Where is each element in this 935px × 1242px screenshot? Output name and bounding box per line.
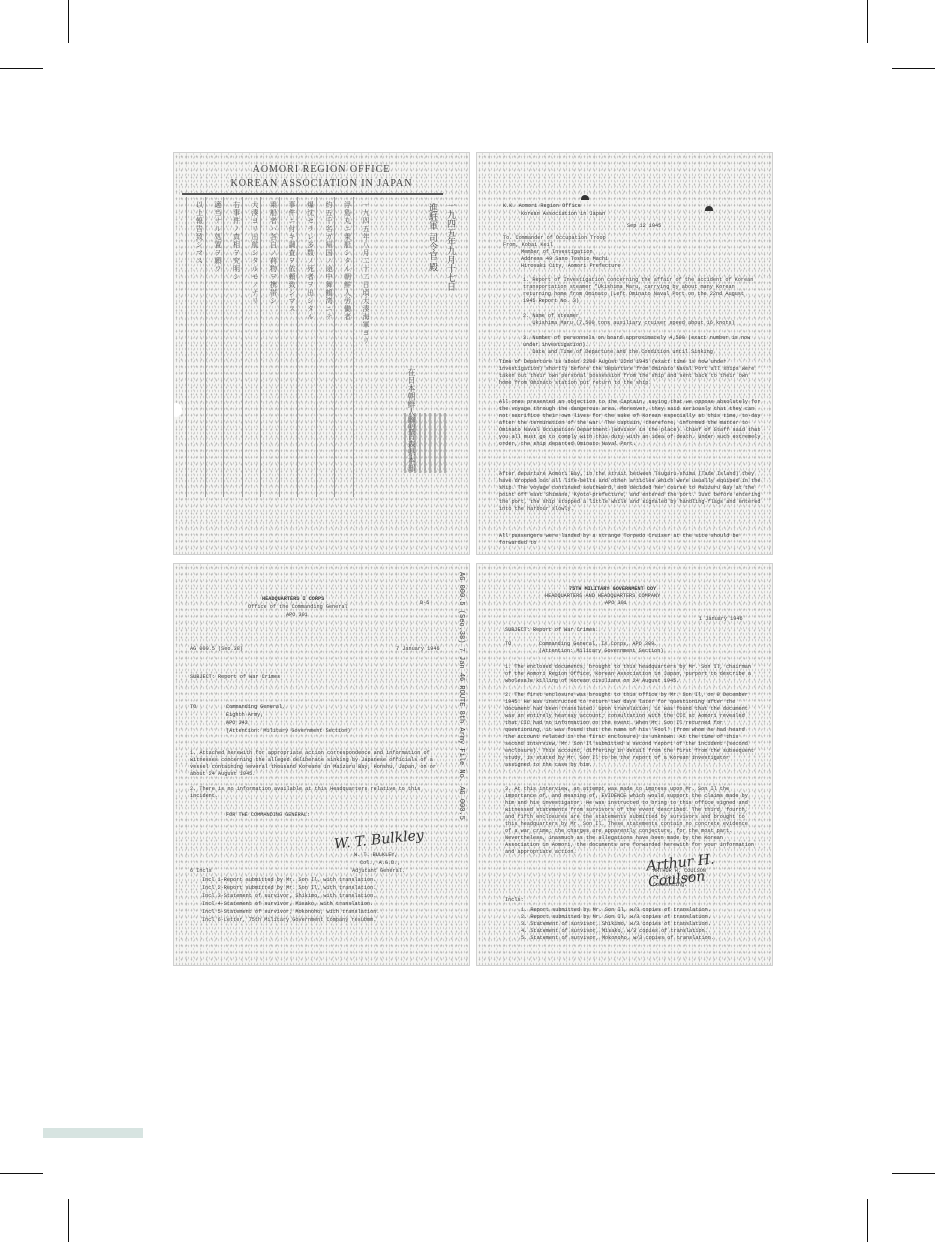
document-date: 1 January 1946 xyxy=(699,616,743,623)
text-column: 約五千名ガ帰国ノ途中舞鶴湾ニテ xyxy=(316,197,335,497)
crop-mark-bottom-right-horizontal xyxy=(892,1173,935,1174)
signer-rank: Lt. Col., CMP, xyxy=(653,875,697,882)
document-date: Sep 12 1945 xyxy=(627,223,661,230)
to-line-1: Commanding General, IX Corps, APO 309. xyxy=(539,641,657,648)
to-line-1: To. Commander of Occupation Troop xyxy=(503,235,606,242)
signer-name: W. T. BULKLEY, xyxy=(354,852,398,859)
header-line-3: APO 301 xyxy=(286,612,308,619)
text-column: 浮島丸ニ乗船シタル朝鮮人労働者 xyxy=(334,197,353,497)
crop-mark-top-right-vertical xyxy=(867,0,868,43)
enclosures-label: 6 Incls xyxy=(190,868,212,875)
document-i-corps-endorsement: HEADQUARTERS I CORPS Office of the Comma… xyxy=(173,563,470,966)
page-footer-bar xyxy=(43,1128,143,1138)
document-date: 7 January 1946 xyxy=(396,646,440,653)
header-line-1: 75TH MILITARY GOVERNMENT COY xyxy=(569,586,656,593)
signer-title: Commanding. xyxy=(653,882,687,889)
signer-title: Adjutant General. xyxy=(352,868,405,875)
document-mark: D-5 xyxy=(420,600,429,607)
paragraph-1: 1. The enclosed documents, brought to th… xyxy=(505,664,755,685)
subject-line: SUBJECT: Report of War Crimes xyxy=(190,674,280,681)
enclosure-item: Incl 4-Statement of survivor, Misako, wi… xyxy=(202,901,373,908)
to-line-5: Hirosaki City, Aomori Prefecture xyxy=(521,263,621,270)
to-line-4: Address 49 Sano Toshio Machi xyxy=(521,256,608,263)
paragraph-4: All passengers were landed by a strange … xyxy=(499,533,761,547)
enclosures-label: Incls: xyxy=(505,897,524,904)
letterhead-line-1: AOMORI REGION OFFICE xyxy=(174,163,469,177)
paragraph-3: After departure Aomori Bay, in the strai… xyxy=(499,471,761,513)
text-column: 以上報告致シマス xyxy=(186,197,205,497)
paragraph-1: Time of Departure is about 2200 August 2… xyxy=(499,359,761,387)
margin-annotation: AG 000.5 (Seo.38) 7 Jan 46 ROUTE 8th Arm… xyxy=(456,572,465,962)
ink-blot xyxy=(581,195,589,200)
item-3: 3. Number of personnels on board approxi… xyxy=(523,335,759,356)
enclosure-item: Incl 1-Report submitted by Mr. Son Il, w… xyxy=(202,877,376,884)
signer-name: ARTHUR H. COULSON xyxy=(653,868,706,875)
signer-rank: Col., A.G.D., xyxy=(360,860,400,867)
text-column: 右事件ノ真相ヲ究明シ xyxy=(223,197,242,497)
paragraph-3: 3. At this interview, an attempt was mad… xyxy=(505,786,755,856)
item-2: 2. Name of steamer Ukishima Maru (7,500 … xyxy=(523,313,759,327)
header-line-2: Office of the Commanding General xyxy=(248,604,348,611)
text-column: 適当ナル処置ヲ願フ xyxy=(205,197,224,497)
header-line-3: APO 301 xyxy=(605,600,627,607)
punch-hole xyxy=(173,403,182,417)
crop-mark-bottom-left-vertical xyxy=(68,1199,69,1242)
seal-block xyxy=(404,413,446,473)
to-line-2: Eighth Army, xyxy=(226,712,263,719)
subject-line: SUBJECT: Report of War Crimes. xyxy=(505,627,598,634)
crop-mark-top-left-horizontal xyxy=(0,68,43,69)
addressee: 進駐軍 司令官 殿 xyxy=(426,203,439,272)
sender-line-1: K.K. Aomori Region Office xyxy=(503,203,581,210)
to-label: TO xyxy=(190,704,196,711)
enclosure-item: Incl 6-Letter, 75th Military Government … xyxy=(202,917,376,924)
enclosure-item: Incl 2-Report submitted by Mr. Son Il, w… xyxy=(202,885,376,892)
ink-blot xyxy=(705,206,713,211)
text-column: 大湊ヨリ出航シタルモノナリ xyxy=(242,197,261,497)
enclosure-item: 3. Statement of survivor, Shikimo, w/3 c… xyxy=(521,921,711,928)
to-label: TO xyxy=(505,641,511,648)
to-line-3: Member of Investigation xyxy=(521,249,593,256)
enclosure-item: 1. Report submitted by Mr. Son Il, w/3 c… xyxy=(521,907,711,914)
document-aomori-letter: AOMORI REGION OFFICE KOREAN ASSOCIATION … xyxy=(173,152,470,555)
paragraph-2: 2. There is no information available at … xyxy=(190,786,440,800)
enclosure-item: 5. Statement of survivor, Mokonoho, w/3 … xyxy=(521,935,714,942)
text-column: 事件ニ付キ調査ヲ依頼致シマス xyxy=(279,197,298,497)
item-1: 1. Report of Investigation concerning th… xyxy=(523,277,759,305)
to-line-1: Commanding General, xyxy=(226,704,285,711)
paragraph-1: 1. Attached herewith for appropriate act… xyxy=(190,750,440,778)
header-line-2: HEADQUARTERS AND HEADQUARTERS COMPANY xyxy=(545,593,660,600)
document-mg-company-report: 75TH MILITARY GOVERNMENT COY HEADQUARTER… xyxy=(476,563,773,966)
letterhead: AOMORI REGION OFFICE KOREAN ASSOCIATION … xyxy=(174,163,469,191)
to-line-2: From, Kobai Keil xyxy=(503,242,553,249)
letterhead-line-2: KOREAN ASSOCIATION IN JAPAN xyxy=(174,177,469,191)
crop-mark-top-right-horizontal xyxy=(892,68,935,69)
sender-line-2: Korean Association in Japan xyxy=(521,211,605,218)
closing-line: FOR THE COMMANDING GENERAL: xyxy=(226,812,310,819)
document-korean-association-report: K.K. Aomori Region Office Korean Associa… xyxy=(476,152,773,555)
file-reference: AG 000.5 (Seo.38) xyxy=(190,646,243,653)
to-line-2: (Attention: Military Government Section) xyxy=(539,648,664,655)
document-date: 一九四五年九月十七日 xyxy=(444,201,457,291)
paragraph-2: All ones presented an objection to the C… xyxy=(499,399,761,448)
enclosure-item: 4. Statement of survivor, Misako, w/3 co… xyxy=(521,928,708,935)
to-line-4: (Attention: Military Government Section) xyxy=(226,728,351,735)
text-column: 爆沈セラレ多数ノ死者ヲ出シタル xyxy=(297,197,316,497)
to-line-3: APO 343 xyxy=(226,720,248,727)
text-column: 一九四五年八月二十二日頃大湊海軍ヨリ xyxy=(353,197,372,497)
header-line-1: HEADQUARTERS I CORPS xyxy=(262,596,324,603)
enclosure-item: Incl 5-Statement of survivor, Mokonoho, … xyxy=(202,909,379,916)
crop-mark-bottom-right-vertical xyxy=(867,1199,868,1242)
vertical-text-columns: 一九四五年八月二十二日頃大湊海軍ヨリ 浮島丸ニ乗船シタル朝鮮人労働者 約五千名ガ… xyxy=(186,197,371,497)
crop-mark-top-left-vertical xyxy=(68,0,69,43)
enclosure-item: 2. Report submitted by Mr. Son Il, w/3 c… xyxy=(521,914,711,921)
crop-mark-bottom-left-horizontal xyxy=(0,1173,43,1174)
letterhead-rule xyxy=(182,193,443,195)
signature: W. T. Bulkley xyxy=(333,827,424,852)
paragraph-2: 2. The first enclosure was brought to th… xyxy=(505,692,755,769)
text-column: 乗船者ハ各自ノ荷物ヲ携帯シ xyxy=(260,197,279,497)
enclosure-item: Incl 3-Statement of survivor, Shikimo, w… xyxy=(202,893,376,900)
